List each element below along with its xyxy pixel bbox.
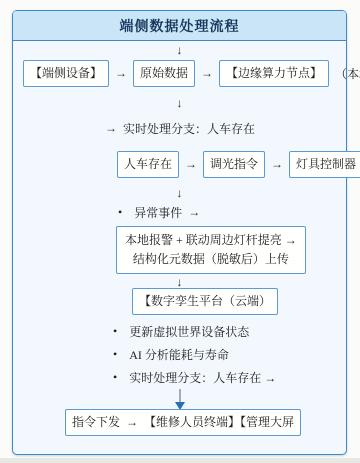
platform-bullet-row: • 更新虚拟世界设备状态 (113, 323, 249, 340)
platform-bullet-label: 更新虚拟世界设备状态 (129, 323, 249, 340)
local-processing-note: （本地处理） (335, 65, 360, 82)
abnormal-event-row: • 异常事件 → (118, 204, 200, 221)
right-arrow-icon: → (126, 415, 138, 430)
down-arrow-icon: ↓ (13, 275, 346, 289)
control-row: 人车存在 → 调光指令 → 灯具控制器 (117, 151, 360, 178)
dispatch-targets-label: 【维修人员终端】【管理大屏 (144, 415, 294, 430)
realtime-branch-row: → 实时处理分支：人车存在 (105, 120, 255, 137)
bullet-icon: • (113, 324, 117, 339)
realtime-branch-label: 实时处理分支：人车存在 (123, 120, 255, 137)
platform-bullet-row: • AI 分析能耗与寿命 (113, 346, 229, 363)
edge-compute-node: 【边缘算力节点】 (219, 60, 329, 87)
alarm-line-2: 结构化元数据（脱敏后）上传 (125, 250, 297, 269)
alarm-line-1: 本地报警 + 联动周边灯杆提亮 → (125, 231, 297, 250)
down-arrow-icon: ↓ (13, 186, 346, 200)
dispatch-row-node: 指令下发 → 【维修人员终端】【管理大屏 (65, 409, 301, 436)
lamp-controller-node: 灯具控制器 (289, 151, 360, 178)
local-alarm-node: 本地报警 + 联动周边灯杆提亮 → 结构化元数据（脱敏后）上传 (116, 226, 306, 274)
down-arrow-icon: ↓ (13, 43, 346, 57)
long-down-arrow-icon (173, 389, 187, 411)
right-arrow-icon: → (105, 121, 117, 136)
platform-bullet-label: 实时处理分支：人车存在 → (129, 369, 276, 386)
right-arrow-icon: → (271, 157, 283, 172)
dimming-command-node: 调光指令 (203, 151, 265, 178)
bullet-icon: • (118, 205, 122, 220)
bullet-icon: • (113, 347, 117, 362)
title-bar: 端侧数据处理流程 (13, 11, 346, 41)
right-arrow-icon: → (188, 205, 200, 220)
flowchart-card: 端侧数据处理流程 ↓ 【端侧设备】 → 原始数据 → 【边缘算力节点】 （本地处… (12, 10, 347, 455)
presence-node: 人车存在 (117, 151, 179, 178)
bullet-icon: • (113, 370, 117, 385)
down-arrow-icon: ↓ (13, 96, 346, 110)
right-arrow-icon: → (185, 157, 197, 172)
ingest-row: 【端侧设备】 → 原始数据 → 【边缘算力节点】 （本地处理） (23, 60, 360, 87)
abnormal-event-label: 异常事件 (134, 204, 182, 221)
digital-twin-platform-node: 【数字孪生平台（云端） (132, 288, 278, 315)
platform-bullet-row: • 实时处理分支：人车存在 → (113, 369, 276, 386)
right-arrow-icon: → (201, 66, 213, 81)
platform-bullet-label: AI 分析能耗与寿命 (129, 346, 229, 363)
page-title: 端侧数据处理流程 (120, 16, 240, 36)
page-bottom-strip (0, 458, 360, 463)
dispatch-label: 指令下发 (72, 415, 120, 430)
edge-device-node: 【端侧设备】 (23, 60, 109, 87)
raw-data-node: 原始数据 (133, 60, 195, 87)
right-arrow-icon: → (115, 66, 127, 81)
